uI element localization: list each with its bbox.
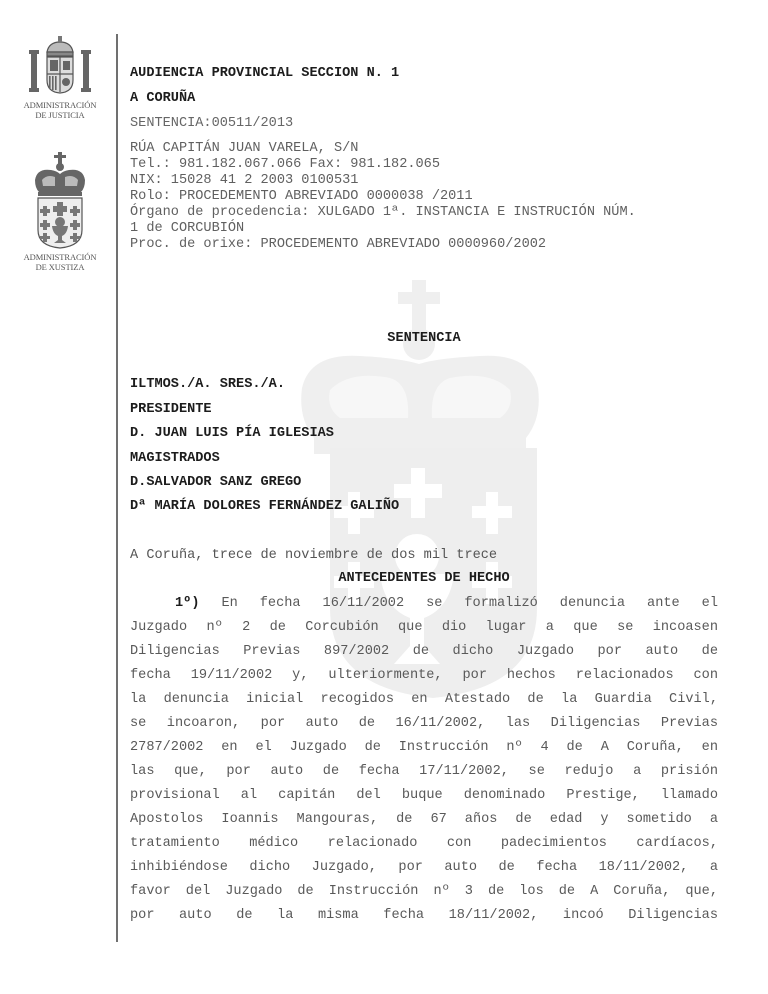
paragraph-line: tratamiento médico relacionado con padec… <box>130 836 718 852</box>
paragraph-number: 1º) <box>175 596 199 611</box>
caption-line2: DE XUSTIZA <box>18 262 102 272</box>
margin-rule <box>116 34 118 942</box>
date-line: A Coruña, trece de noviembre de dos mil … <box>130 548 497 564</box>
caption-line1: ADMINISTRACIÓN <box>18 252 102 262</box>
paragraph-line: inhibiéndose dicho Juzgado, por auto de … <box>130 860 718 876</box>
paragraph-line: 1º) En fecha 16/11/2002 se formalizó den… <box>175 596 718 612</box>
paragraph-line: provisional al capitán del buque denomin… <box>130 788 718 804</box>
address-line: 1 de CORCUBIÓN <box>130 221 244 237</box>
paragraph-line: Juzgado nº 2 de Corcubión que dio lugar … <box>130 620 718 636</box>
president-name: D. JUAN LUIS PÍA IGLESIAS <box>130 426 334 442</box>
court-name: AUDIENCIA PROVINCIAL SECCION N. 1 <box>130 66 399 82</box>
logo-caption: ADMINISTRACIÓN DE JUSTICIA <box>18 100 102 120</box>
document-title: SENTENCIA <box>130 331 718 347</box>
spain-coat-of-arms-icon <box>25 36 95 98</box>
paragraph-line: las que, por auto de fecha 17/11/2002, s… <box>130 764 718 780</box>
address-line: Órgano de procedencia: XULGADO 1ª. INSTA… <box>130 205 636 221</box>
sentence-number: SENTENCIA:00511/2013 <box>130 116 293 132</box>
court-city: A CORUÑA <box>130 91 195 107</box>
address-line: NIX: 15028 41 2 2003 0100531 <box>130 173 358 189</box>
logo-administracion-xustiza: ADMINISTRACIÓN DE XUSTIZA <box>18 150 102 272</box>
caption-line1: ADMINISTRACIÓN <box>18 100 102 110</box>
magistrate-name: D.SALVADOR SANZ GREGO <box>130 475 301 491</box>
address-line: Rolo: PROCEDEMENTO ABREVIADO 0000038 /20… <box>130 189 473 205</box>
paragraph-line: la denuncia inicial recogidos en Atestad… <box>130 692 718 708</box>
address-line: RÚA CAPITÁN JUAN VARELA, S/N <box>130 141 358 157</box>
paragraph-line-text: En fecha 16/11/2002 se formalizó denunci… <box>221 596 718 611</box>
paragraph-line: 2787/2002 en el Juzgado de Instrucción n… <box>130 740 718 756</box>
magistrate-name: Dª MARÍA DOLORES FERNÁNDEZ GALIÑO <box>130 499 399 515</box>
president-label: PRESIDENTE <box>130 402 212 418</box>
paragraph-line: favor del Juzgado de Instrucción nº 3 de… <box>130 884 718 900</box>
paragraph-line: Apostolos Ioannis Mangouras, de 67 años … <box>130 812 718 828</box>
judges-heading: ILTMOS./A. SRES./A. <box>130 377 285 393</box>
address-line: Tel.: 981.182.067.066 Fax: 981.182.065 <box>130 157 440 173</box>
logo-administracion-justicia: ADMINISTRACIÓN DE JUSTICIA <box>18 36 102 120</box>
magistrates-label: MAGISTRADOS <box>130 451 220 467</box>
caption-line2: DE JUSTICIA <box>18 110 102 120</box>
paragraph-line: fecha 19/11/2002 y, ulteriormente, por h… <box>130 668 718 684</box>
section-heading: ANTECEDENTES DE HECHO <box>130 571 718 587</box>
paragraph-line: se incoaron, por auto de 16/11/2002, las… <box>130 716 718 732</box>
paragraph-line: por auto de la misma fecha 18/11/2002, i… <box>130 908 718 924</box>
logo-caption: ADMINISTRACIÓN DE XUSTIZA <box>18 252 102 272</box>
address-line: Proc. de orixe: PROCEDEMENTO ABREVIADO 0… <box>130 237 546 253</box>
paragraph-line: Diligencias Previas 897/2002 de dicho Ju… <box>130 644 718 660</box>
galicia-coat-of-arms-icon <box>29 150 91 250</box>
